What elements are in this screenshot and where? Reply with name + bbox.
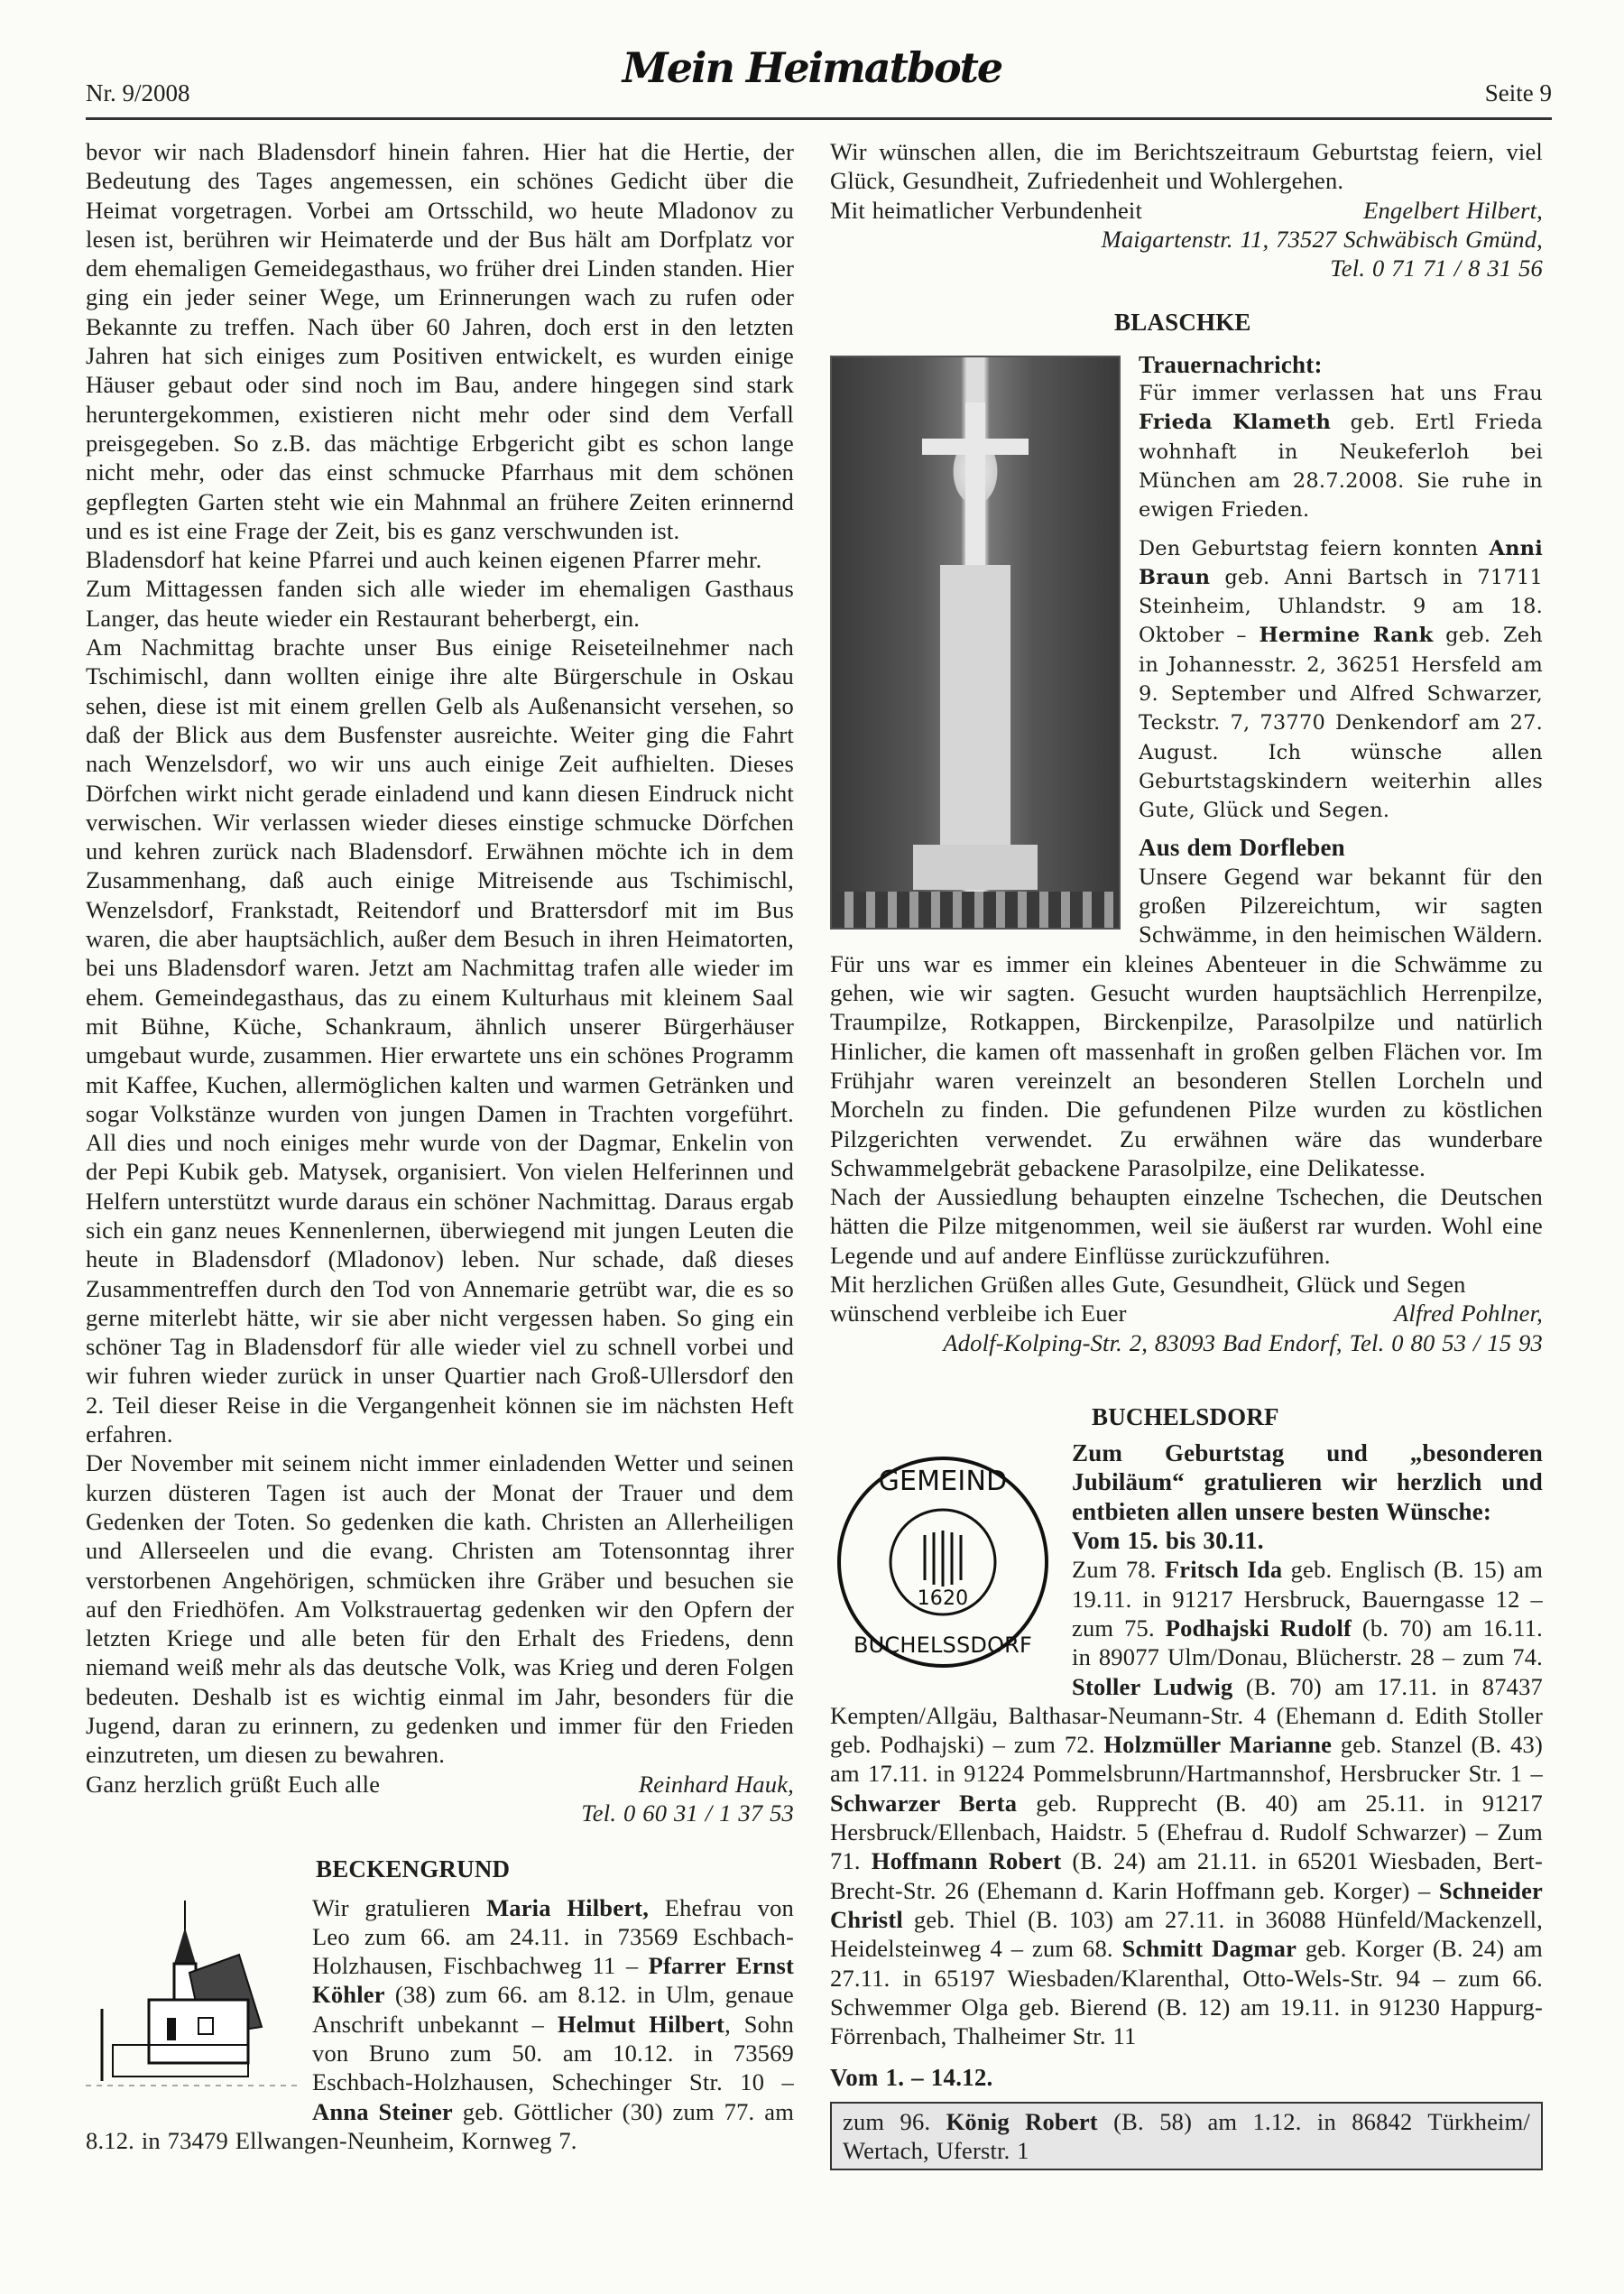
page-number: Seite 9 xyxy=(1485,79,1552,107)
section-title-buchelsdorf: BUCHELSDORF xyxy=(830,1402,1543,1431)
left-column: bevor wir nach Bladensdorf hinein fahren… xyxy=(86,137,794,2155)
dorfleben-paragraph: Mit herzlichen Grüßen alles Gute, Gesund… xyxy=(830,1270,1543,1299)
person-name: Fritsch Ida xyxy=(1165,1556,1283,1583)
period-heading: Vom 1. – 14.12. xyxy=(830,2063,1543,2092)
wayside-cross-photo xyxy=(830,356,1121,930)
masthead-logo: Mein Heimatbote xyxy=(0,43,1624,92)
church-illustration-icon xyxy=(86,1901,298,2099)
right-column: Wir wünschen allen, die im Berichtszeitr… xyxy=(830,137,1543,2170)
greeting: wünschend verbleibe ich Euer xyxy=(830,1299,1127,1327)
signature-line: Mit heimatlicher Verbundenheit Engelbert… xyxy=(830,196,1543,225)
svg-text:BUCHELSSDORF: BUCHELSSDORF xyxy=(854,1633,1032,1658)
signature-address: Maigartenstr. 11, 73527 Schwäbisch Gmünd… xyxy=(830,225,1543,254)
signature-phone: Tel. 0 71 71 / 8 31 56 xyxy=(830,254,1543,282)
person-name: Podhajski Rudolf xyxy=(1166,1614,1352,1642)
person-name: König Robert xyxy=(946,2108,1098,2135)
intro-paragraph: Wir wünschen allen, die im Berichtszeitr… xyxy=(830,137,1543,196)
header-rule xyxy=(86,117,1552,120)
article-paragraph: Am Nachmittag brachte unser Bus einige R… xyxy=(86,633,794,1448)
signature-line: Ganz herzlich grüßt Euch alle Reinhard H… xyxy=(86,1770,794,1799)
signature-name: Engelbert Hilbert, xyxy=(1363,196,1543,225)
person-name: Holzmüller Marianne xyxy=(1103,1731,1332,1758)
person-name: Anna Steiner xyxy=(312,2098,453,2125)
municipal-seal-icon: 1620 GEMEIND BUCHELSSDORF xyxy=(830,1449,1056,1675)
svg-text:GEMEIND: GEMEIND xyxy=(879,1466,1008,1497)
person-name: Maria Hilbert, xyxy=(486,1894,649,1921)
article-paragraph: bevor wir nach Bladensdorf hinein fahren… xyxy=(86,137,794,545)
article-paragraph: Der November mit seinem nicht immer einl… xyxy=(86,1448,794,1769)
section-title-beckengrund: BECKENGRUND xyxy=(86,1855,794,1883)
person-name: Hermine Rank xyxy=(1260,624,1434,647)
person-name: Helmut Hilbert xyxy=(558,2011,724,2038)
person-name: Stoller Ludwig xyxy=(1072,1673,1232,1700)
person-name: Hoffmann Robert xyxy=(872,1847,1062,1874)
greeting: Ganz herzlich grüßt Euch alle xyxy=(86,1770,380,1799)
person-name: Schwarzer Berta xyxy=(830,1790,1017,1817)
highlight-box: zum 96. König Robert (B. 58) am 1.12. in… xyxy=(830,2102,1543,2171)
dorfleben-paragraph: Nach der Aussiedlung behaupten einzelne … xyxy=(830,1182,1543,1270)
person-name: Frieda Klameth xyxy=(1139,411,1331,434)
article-paragraph: Zum Mittagessen fanden sich alle wieder … xyxy=(86,574,794,633)
person-name: Schmitt Dagmar xyxy=(1122,1935,1296,1962)
article-paragraph: Bladensdorf hat keine Pfarrei und auch k… xyxy=(86,545,794,574)
signature-name: Reinhard Hauk, xyxy=(639,1770,794,1799)
greeting: Mit heimatlicher Verbundenheit xyxy=(830,196,1142,225)
section-title-blaschke: BLASCHKE xyxy=(830,308,1543,337)
signature-address: Adolf-Kolping-Str. 2, 83093 Bad Endorf, … xyxy=(830,1328,1543,1357)
signature-line: wünschend verbleibe ich Euer Alfred Pohl… xyxy=(830,1299,1543,1327)
signature-name: Alfred Pohlner, xyxy=(1394,1299,1543,1327)
svg-text:1620: 1620 xyxy=(918,1587,969,1610)
signature-phone: Tel. 0 60 31 / 1 37 53 xyxy=(86,1799,794,1827)
